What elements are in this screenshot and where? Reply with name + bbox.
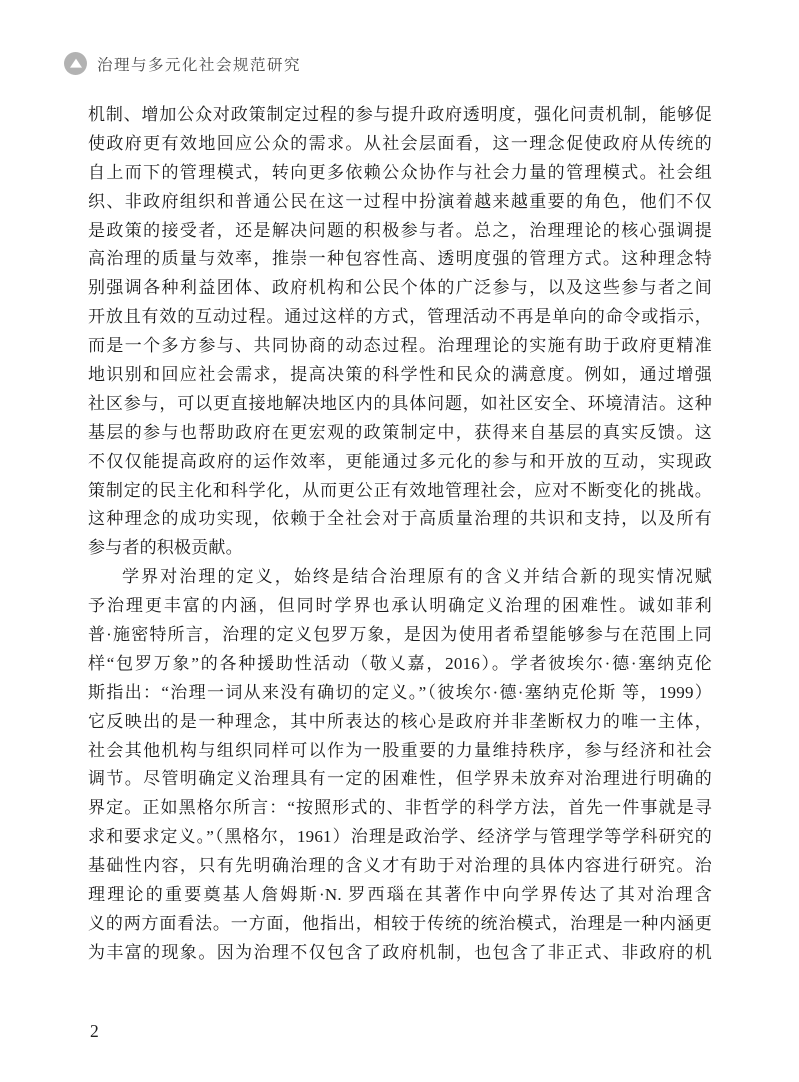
text-line: 基础性内容，只有先明确治理的含义才有助于对治理的具体内容进行研究。治 (88, 852, 712, 881)
text-line: 求和要求定义。”（黑格尔，1961）治理是政治学、经济学与管理学等学科研究的 (88, 823, 712, 852)
text-line: 学界对治理的定义，始终是结合治理原有的含义并结合新的现实情况赋 (88, 563, 712, 592)
text-line: 予治理更丰富的内涵，但同时学界也承认明确定义治理的困难性。诚如菲利 (88, 592, 712, 621)
text-line: 地识别和回应社会需求，提高决策的科学性和民众的满意度。例如，通过增强 (88, 361, 712, 390)
text-line: 开放且有效的互动过程。通过这样的方式，管理活动不再是单向的命令或指示， (88, 303, 712, 332)
page-number: 2 (90, 1019, 99, 1043)
book-page: 治理与多元化社会规范研究 机制、增加公众对政策制定过程的参与提升政府透明度，强化… (0, 0, 799, 1082)
triangle-icon (70, 58, 82, 67)
text-line: 使政府更有效地回应公众的需求。从社会层面看，这一理念促使政府从传统的 (88, 130, 712, 159)
text-line: 不仅仅能提高政府的运作效率，更能通过多元化的参与和开放的互动，实现政 (88, 448, 712, 477)
text-line: 自上而下的管理模式，转向更多依赖公众协作与社会力量的管理模式。社会组 (88, 159, 712, 188)
text-line: 高治理的质量与效率，推崇一种包容性高、透明度强的管理方式。这种理念特 (88, 245, 712, 274)
text-line: 理理论的重要奠基人詹姆斯·N. 罗西瑙在其著作中向学界传达了其对治理含 (88, 881, 712, 910)
text-line: 织、非政府组织和普通公民在这一过程中扮演着越来越重要的角色，他们不仅 (88, 188, 712, 217)
text-line: 别强调各种利益团体、政府机构和公民个体的广泛参与，以及这些参与者之间 (88, 274, 712, 303)
text-line: 参与者的积极贡献。 (88, 534, 712, 563)
text-line: 它反映出的是一种理念，其中所表达的核心是政府并非垄断权力的唯一主体， (88, 708, 712, 737)
text-line: 斯指出：“治理一词从来没有确切的定义。”（彼埃尔·德·塞纳克伦斯 等，1999） (88, 679, 712, 708)
text-line: 是政策的接受者，还是解决问题的积极参与者。总之，治理理论的核心强调提 (88, 217, 712, 246)
text-line: 这种理念的成功实现，依赖于全社会对于高质量治理的共识和支持，以及所有 (88, 505, 712, 534)
text-line: 而是一个多方参与、共同协商的动态过程。治理理论的实施有助于政府更精准 (88, 332, 712, 361)
text-line: 调节。尽管明确定义治理具有一定的困难性，但学界未放弃对治理进行明确的 (88, 765, 712, 794)
publisher-logo-icon (64, 52, 87, 75)
text-line: 普·施密特所言，治理的定义包罗万象，是因为使用者希望能够参与在范围上同 (88, 621, 712, 650)
text-line: 社会其他机构与组织同样可以作为一股重要的力量维持秩序，参与经济和社会 (88, 737, 712, 766)
text-line: 社区参与，可以更直接地解决地区内的具体问题，如社区安全、环境清洁。这种 (88, 390, 712, 419)
text-line: 基层的参与也帮助政府在更宏观的政策制定中，获得来自基层的真实反馈。这 (88, 419, 712, 448)
book-title: 治理与多元化社会规范研究 (97, 53, 301, 75)
text-line: 为丰富的现象。因为治理不仅包含了政府机制，也包含了非正式、非政府的机 (88, 939, 712, 968)
text-line: 义的两方面看法。一方面，他指出，相较于传统的统治模式，治理是一种内涵更 (88, 910, 712, 939)
body-text: 机制、增加公众对政策制定过程的参与提升政府透明度，强化问责机制，能够促使政府更有… (88, 101, 712, 968)
text-line: 机制、增加公众对政策制定过程的参与提升政府透明度，强化问责机制，能够促 (88, 101, 712, 130)
text-line: 界定。正如黑格尔所言：“按照形式的、非哲学的科学方法，首先一件事就是寻 (88, 794, 712, 823)
text-line: 样“包罗万象”的各种援助性活动（敬乂嘉，2016）。学者彼埃尔·德·塞纳克伦 (88, 650, 712, 679)
text-line: 策制定的民主化和科学化，从而更公正有效地管理社会，应对不断变化的挑战。 (88, 477, 712, 506)
page-header: 治理与多元化社会规范研究 (64, 52, 301, 75)
